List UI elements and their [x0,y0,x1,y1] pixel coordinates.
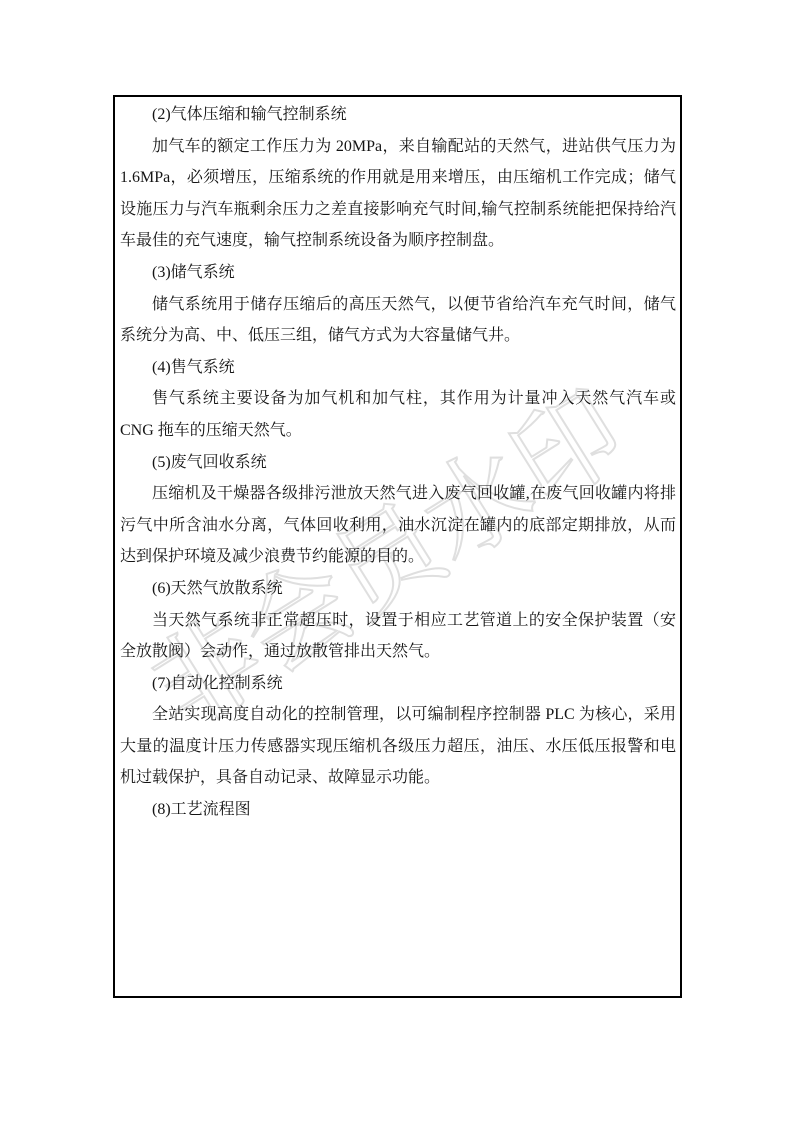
section-paragraph-waste-gas-recovery: 压缩机及干燥器各级排污泄放天然气进入废气回收罐,在废气回收罐内将排污气中所含油水… [120,478,676,573]
section-heading-gas-venting: (6)天然气放散系统 [120,573,676,605]
section-paragraph-gas-storage: 储气系统用于储存压缩后的高压天然气，以便节省给汽车充气时间，储气系统分为高、中、… [120,289,676,352]
section-heading-gas-storage: (3)储气系统 [120,257,676,289]
section-heading-waste-gas-recovery: (5)废气回收系统 [120,447,676,479]
section-paragraph-gas-compression: 加气车的额定工作压力为 20MPa，来自输配站的天然气，进站供气压力为 1.6M… [120,131,676,257]
section-heading-gas-compression: (2)气体压缩和输气控制系统 [120,99,676,131]
section-heading-gas-sale: (4)售气系统 [120,352,676,384]
section-heading-automation-control: (7)自动化控制系统 [120,668,676,700]
section-paragraph-gas-sale: 售气系统主要设备为加气机和加气柱，其作用为计量冲入天然气汽车或 CNG 拖车的压… [120,383,676,446]
section-paragraph-gas-venting: 当天然气系统非正常超压时，设置于相应工艺管道上的安全保护装置（安全放散阀）会动作… [120,605,676,668]
section-paragraph-automation-control: 全站实现高度自动化的控制管理，以可编制程序控制器 PLC 为核心，采用大量的温度… [120,699,676,794]
document-table-cell: (2)气体压缩和输气控制系统 加气车的额定工作压力为 20MPa，来自输配站的天… [113,95,682,998]
document-page: 非会员水印 (2)气体压缩和输气控制系统 加气车的额定工作压力为 20MPa，来… [0,0,793,1122]
section-heading-process-flow-diagram: (8)工艺流程图 [120,794,676,826]
